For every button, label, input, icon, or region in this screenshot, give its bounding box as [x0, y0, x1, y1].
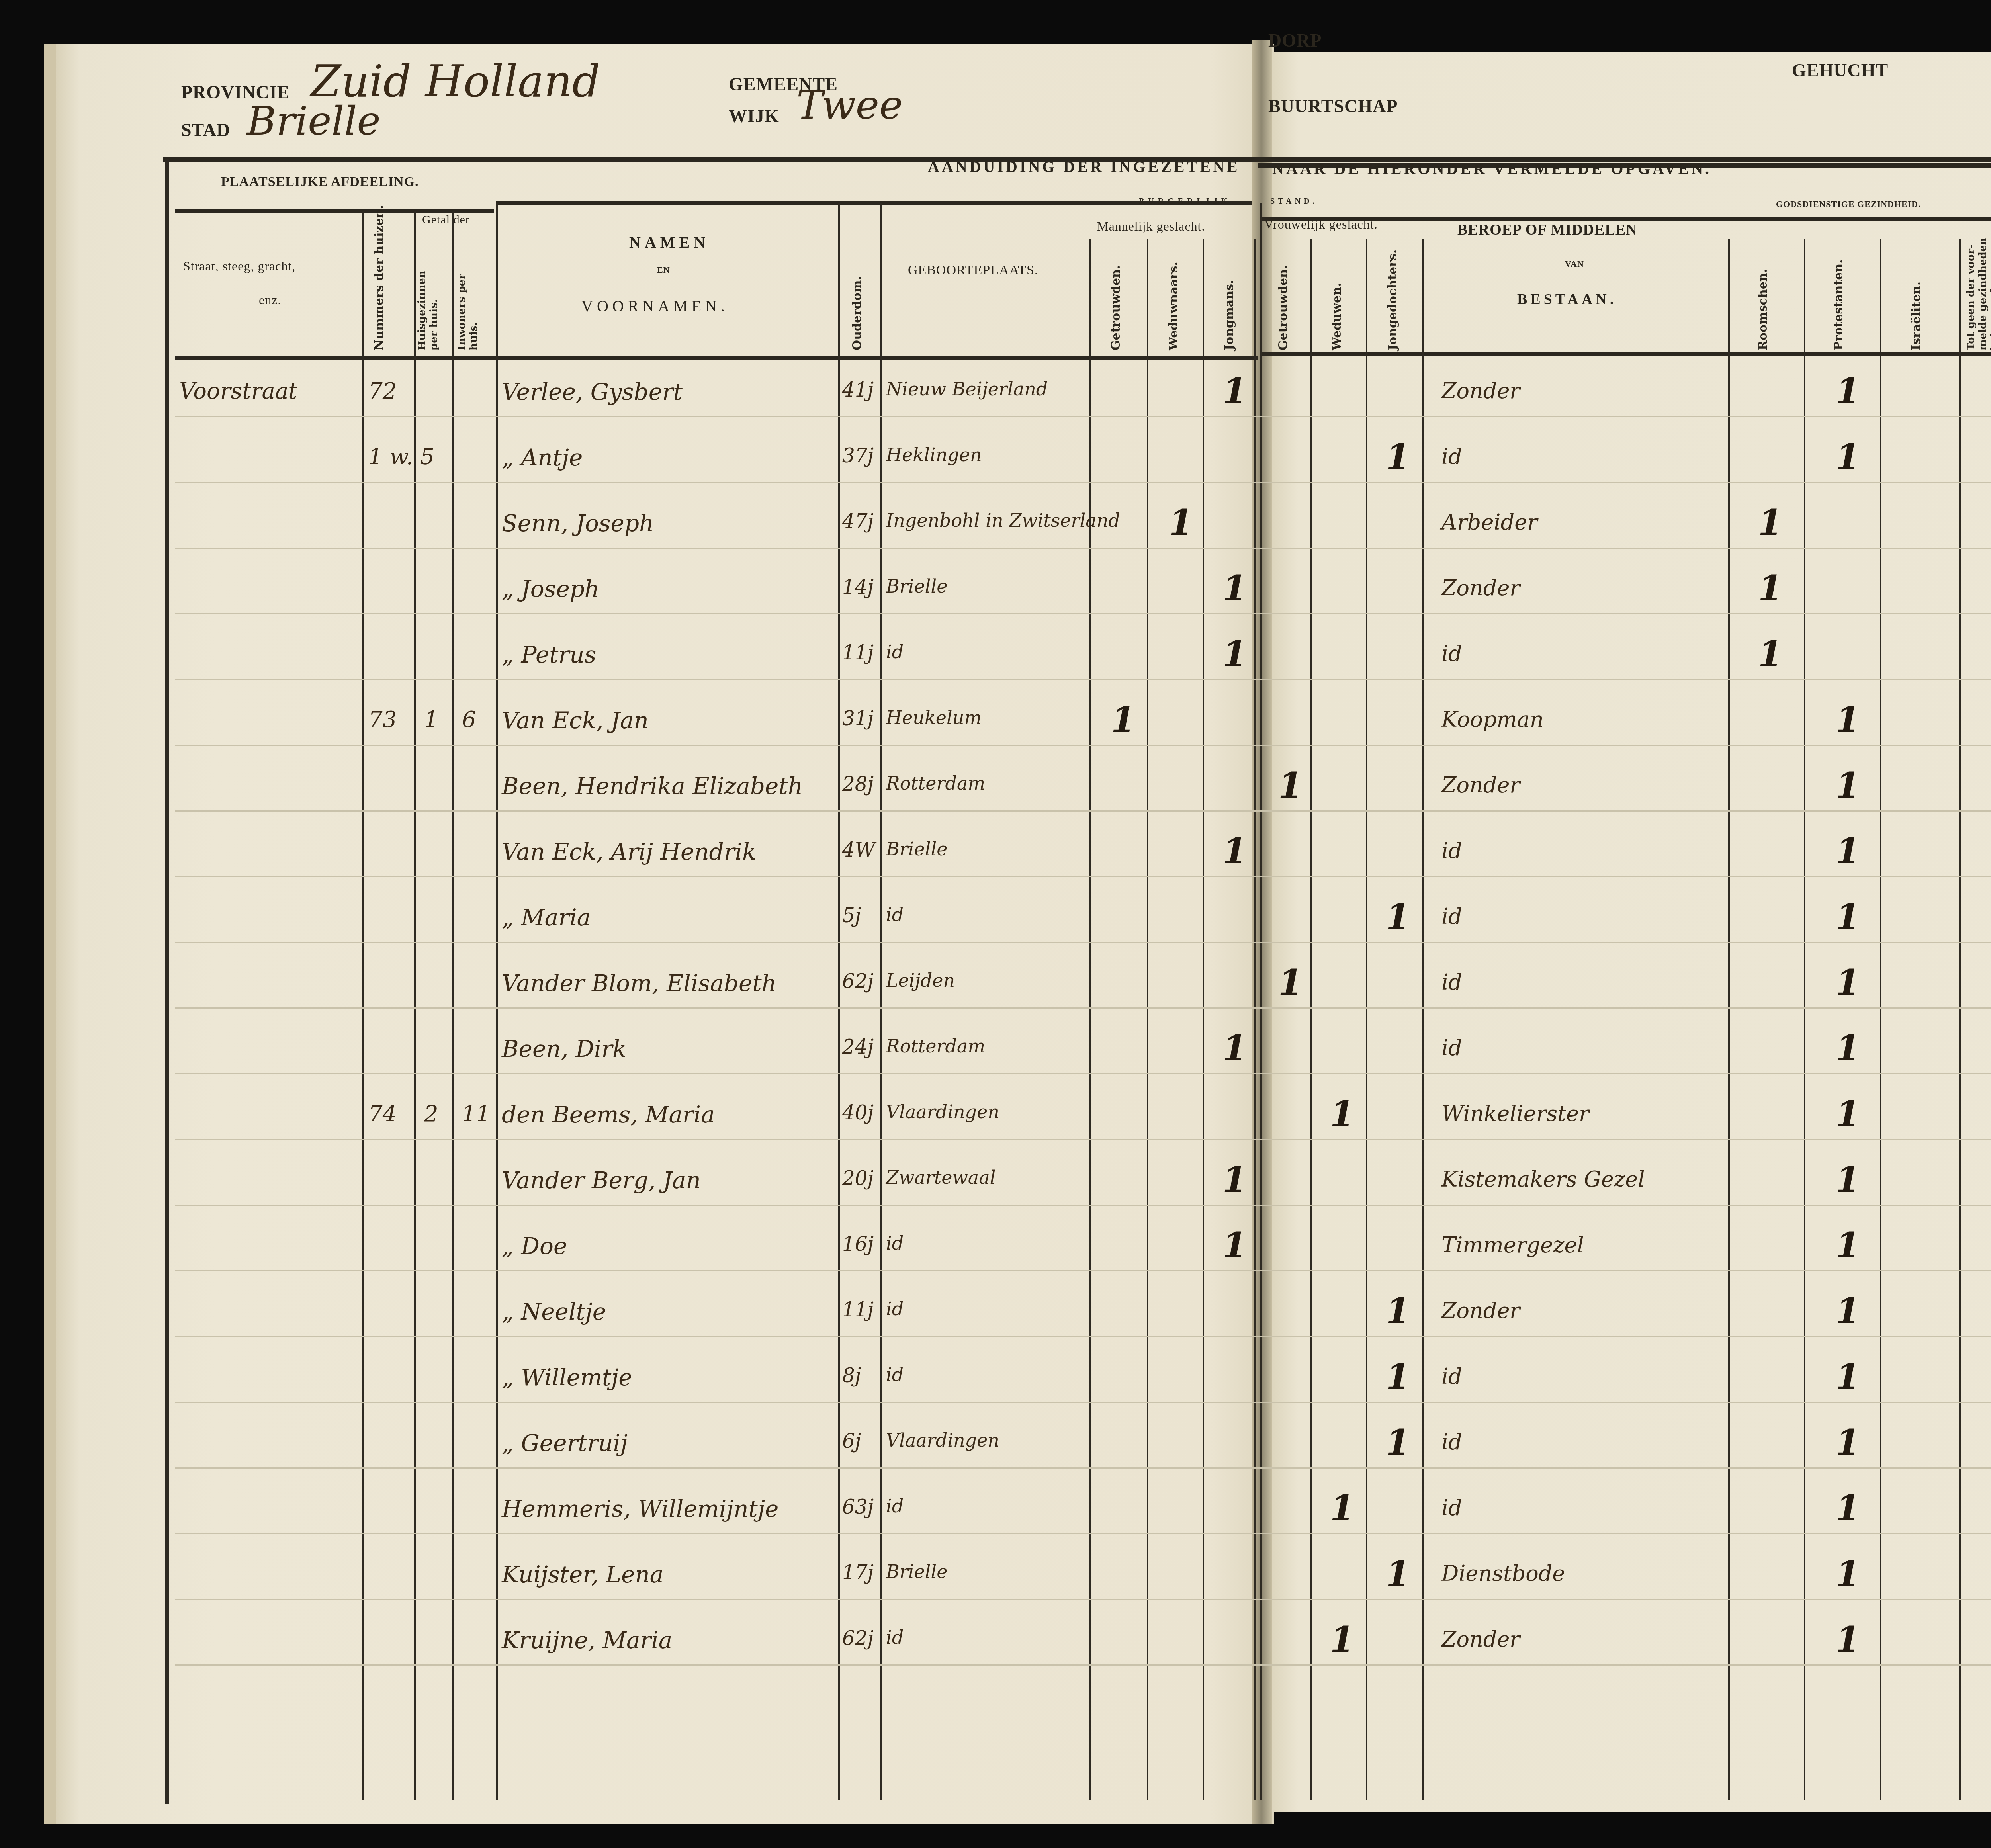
- header-bottom-rule: [175, 356, 1258, 360]
- buurtschap-label: BUURTSCHAP: [1268, 96, 1398, 117]
- row-rule: [175, 1467, 1991, 1469]
- header-straat-enz: enz.: [259, 293, 281, 307]
- occupation-cell: Arbeider: [1441, 510, 1537, 535]
- religion-tally: 1: [1836, 1290, 1860, 1332]
- religion-tally: 1: [1836, 896, 1860, 937]
- occupation-cell: Dienstbode: [1441, 1561, 1565, 1586]
- row-rule: [175, 745, 1991, 746]
- row-rule: [175, 613, 1991, 614]
- religion-tally: 1: [1758, 567, 1782, 609]
- civil-status-tally: 1: [1386, 1422, 1410, 1463]
- age-cell: 62j: [842, 970, 874, 993]
- civil-status-tally: 1: [1222, 370, 1247, 412]
- religion-tally: 1: [1836, 1356, 1860, 1397]
- name-cell: Hemmeris, Willemijntje: [502, 1495, 778, 1522]
- header-bottom-rule-right: [1260, 352, 1991, 356]
- occupation-cell: id: [1441, 1430, 1462, 1455]
- birthplace-cell: id: [886, 1364, 904, 1385]
- header-m-weduwnaars: Weduwnaars.: [1167, 247, 1181, 350]
- religion-tally: 1: [1836, 1224, 1860, 1266]
- header-sub-rule: [175, 209, 494, 213]
- house-number-cell: 73: [368, 707, 397, 733]
- age-cell: 47j: [842, 510, 874, 533]
- occupation-cell: id: [1441, 1035, 1462, 1060]
- header-namen: NAMEN: [629, 233, 709, 252]
- birthplace-cell: Vlaardingen: [886, 1430, 999, 1451]
- religion-tally: 1: [1836, 370, 1860, 412]
- header-aanduiding: AANDUIDING DER INGEZETENE: [928, 157, 1240, 176]
- name-cell: „ Petrus: [502, 641, 596, 668]
- column-divider: [1728, 239, 1730, 1800]
- header-vrouwelijk: Vrouwelijk geslacht.: [1264, 217, 1378, 232]
- header-huisgezinnen: Huisgezinnen per huis.: [416, 255, 444, 350]
- occupation-cell: id: [1441, 641, 1462, 666]
- religion-tally: 1: [1836, 1487, 1860, 1529]
- name-cell: „ Maria: [502, 904, 591, 931]
- occupation-cell: id: [1441, 970, 1462, 995]
- age-cell: 24j: [842, 1035, 874, 1058]
- civil-status-tally: 1: [1222, 1224, 1247, 1266]
- column-divider: [1880, 239, 1881, 1800]
- column-divider: [1310, 239, 1312, 1800]
- civil-status-tally: 1: [1111, 699, 1135, 740]
- row-rule: [175, 1270, 1991, 1271]
- name-cell: Van Eck, Jan: [502, 707, 649, 734]
- header-v-jongedochters: Jongedochters.: [1386, 235, 1400, 350]
- religion-tally: 1: [1836, 1553, 1860, 1594]
- row-rule: [175, 876, 1991, 877]
- header-plaatselijke: PLAATSELIJKE AFDEELING.: [221, 174, 419, 190]
- column-divider: [1804, 239, 1805, 1800]
- birthplace-cell: id: [886, 641, 904, 663]
- birthplace-cell: id: [886, 904, 904, 925]
- age-cell: 5j: [842, 904, 861, 927]
- name-cell: „ Joseph: [502, 575, 599, 602]
- age-cell: 20j: [842, 1167, 874, 1190]
- age-cell: 41j: [842, 378, 874, 401]
- religion-tally: 1: [1836, 830, 1860, 872]
- header-stand: STAND.: [1270, 197, 1318, 206]
- religion-tally: 1: [1836, 1422, 1860, 1463]
- civil-status-tally: 1: [1222, 1159, 1247, 1200]
- religion-tally: 1: [1836, 1027, 1860, 1069]
- house-number-cell: 72: [368, 378, 397, 404]
- civil-status-tally: 1: [1386, 1290, 1410, 1332]
- birthplace-cell: Rotterdam: [886, 772, 985, 794]
- column-divider: [1203, 239, 1204, 1800]
- header-roomschen: Roomschen.: [1756, 247, 1770, 350]
- header-totgeen: Tot geen der voor-: [1965, 223, 1977, 350]
- header-voornamen: VOORNAMEN.: [581, 297, 729, 315]
- name-cell: Been, Hendrika Elizabeth: [502, 772, 803, 800]
- column-divider: [452, 211, 454, 1800]
- birthplace-cell: id: [886, 1298, 904, 1320]
- age-cell: 37j: [842, 444, 874, 467]
- religion-tally: 1: [1836, 765, 1860, 806]
- header-beroep: BEROEP OF MIDDELEN: [1457, 221, 1637, 239]
- header-protestanten: Protestanten.: [1832, 235, 1846, 350]
- birthplace-cell: Brielle: [886, 838, 947, 860]
- column-divider: [880, 203, 882, 1800]
- birthplace-cell: id: [886, 1232, 904, 1254]
- column-divider: [1147, 239, 1148, 1800]
- birthplace-cell: Nieuw Beijerland: [886, 378, 1048, 400]
- civil-status-tally: 1: [1330, 1093, 1354, 1134]
- occupation-cell: Zonder: [1441, 772, 1520, 798]
- header-ouderdom: Ouderdom.: [850, 255, 864, 350]
- wijk-value: Twee: [796, 82, 903, 128]
- row-rule: [175, 1402, 1991, 1403]
- occupation-cell: Zonder: [1441, 575, 1520, 600]
- column-divider: [1254, 239, 1256, 1800]
- households-cell: 2: [424, 1101, 438, 1127]
- age-cell: 63j: [842, 1495, 874, 1518]
- gehucht-label: GEHUCHT: [1792, 60, 1888, 81]
- occupation-cell: id: [1441, 1364, 1462, 1389]
- birthplace-cell: Rotterdam: [886, 1035, 985, 1057]
- column-divider: [1422, 239, 1424, 1800]
- header-burgerlijke: BURGERLIJK: [1139, 197, 1231, 206]
- religion-tally: 1: [1836, 699, 1860, 740]
- header-van: VAN: [1565, 259, 1584, 269]
- name-cell: „ Doe: [502, 1232, 567, 1259]
- birthplace-cell: Brielle: [886, 1561, 947, 1582]
- name-cell: Verlee, Gysbert: [502, 378, 683, 405]
- birthplace-cell: Vlaardingen: [886, 1101, 999, 1122]
- birthplace-cell: id: [886, 1495, 904, 1517]
- house-number-cell: 74: [368, 1101, 397, 1127]
- occupation-cell: id: [1441, 838, 1462, 863]
- age-cell: 28j: [842, 772, 874, 796]
- right-page: [1262, 52, 1991, 1812]
- birthplace-cell: id: [886, 1627, 904, 1648]
- occupation-cell: id: [1441, 1495, 1462, 1520]
- birthplace-cell: Heklingen: [886, 444, 982, 465]
- stad-label: STAD: [181, 119, 230, 141]
- header-inwoners: Inwoners per huis.: [456, 251, 484, 350]
- row-rule: [175, 1073, 1991, 1074]
- religion-tally: 1: [1758, 502, 1782, 543]
- column-divider: [1260, 203, 1262, 1800]
- civil-status-tally: 1: [1386, 1553, 1410, 1594]
- header-totgeen-2: melde gezindheden: [1977, 223, 1989, 350]
- row-rule: [175, 1007, 1991, 1009]
- name-cell: den Beems, Maria: [502, 1101, 715, 1128]
- birthplace-cell: Leijden: [886, 970, 955, 991]
- birthplace-cell: Heukelum: [886, 707, 982, 728]
- row-rule: [175, 1599, 1991, 1600]
- religion-tally: 1: [1836, 436, 1860, 477]
- row-rule: [175, 1533, 1991, 1534]
- name-cell: Kuijster, Lena: [502, 1561, 663, 1588]
- header-israelieten: Israëliten.: [1909, 259, 1923, 350]
- header-geboorteplaats: GEBOORTEPLAATS.: [908, 263, 1038, 278]
- row-rule: [175, 1664, 1991, 1666]
- civil-status-tally: 1: [1169, 502, 1193, 543]
- occupation-cell: Kistemakers Gezel: [1441, 1167, 1645, 1192]
- header-m-getrouwden: Getrouwden.: [1109, 247, 1123, 350]
- row-rule: [175, 1139, 1991, 1140]
- age-cell: 40j: [842, 1101, 874, 1124]
- occupation-cell: Zonder: [1441, 1298, 1520, 1323]
- header-totgeen-3: behoorende.: [1989, 223, 1991, 350]
- column-divider: [362, 211, 364, 1800]
- civil-status-tally: 1: [1330, 1487, 1354, 1529]
- civil-status-tally: 1: [1386, 896, 1410, 937]
- header-bestaan: BESTAAN.: [1517, 291, 1617, 308]
- name-cell: Senn, Joseph: [502, 510, 654, 537]
- name-cell: Vander Blom, Elisabeth: [502, 970, 776, 997]
- birthplace-cell: Brielle: [886, 575, 947, 597]
- age-cell: 11j: [842, 1298, 874, 1321]
- header-v-weduwen: Weduwen.: [1330, 271, 1344, 350]
- column-divider: [496, 203, 498, 1800]
- birthplace-cell: Zwartewaal: [886, 1167, 995, 1188]
- civil-status-tally: 1: [1278, 765, 1303, 806]
- name-cell: Been, Dirk: [502, 1035, 626, 1062]
- row-rule: [175, 1205, 1991, 1206]
- religion-tally: 1: [1836, 962, 1860, 1003]
- name-cell: „ Antje: [502, 444, 583, 471]
- inhabitants-cell: 6: [462, 707, 476, 733]
- civil-status-tally: 1: [1386, 436, 1410, 477]
- households-cell: 1: [424, 707, 438, 733]
- occupation-cell: id: [1441, 444, 1462, 469]
- header-straat: Straat, steeg, gracht,: [183, 259, 295, 274]
- row-rule: [175, 548, 1991, 549]
- civil-status-tally: 1: [1278, 962, 1303, 1003]
- occupation-cell: Koopman: [1441, 707, 1544, 732]
- dorp-label: DORP: [1268, 30, 1322, 51]
- civil-status-tally: 1: [1330, 1619, 1354, 1660]
- name-cell: „ Neeltje: [502, 1298, 606, 1325]
- header-mannelijk: Mannelijk geslacht.: [1097, 219, 1205, 234]
- header-godsdienstige: GODSDIENSTIGE GEZINDHEID.: [1776, 199, 1921, 209]
- occupation-cell: Zonder: [1441, 1627, 1520, 1652]
- inhabitants-cell: 11: [462, 1101, 490, 1127]
- header-m-jongmans: Jongmans.: [1222, 271, 1236, 350]
- religion-tally: 1: [1836, 1619, 1860, 1660]
- row-rule: [175, 942, 1991, 943]
- name-cell: Van Eck, Arij Hendrik: [502, 838, 756, 865]
- civil-status-tally: 1: [1222, 830, 1247, 872]
- header-v-getrouwden: Getrouwden.: [1276, 247, 1290, 350]
- row-rule: [175, 810, 1991, 812]
- name-cell: „ Geertruij: [502, 1430, 628, 1457]
- occupation-cell: id: [1441, 904, 1462, 929]
- occupation-cell: Timmergezel: [1441, 1232, 1584, 1257]
- header-nummers: Nummers der huizen.: [372, 215, 386, 350]
- age-cell: 62j: [842, 1627, 874, 1650]
- civil-status-tally: 1: [1222, 633, 1247, 675]
- age-cell: 14j: [842, 575, 874, 598]
- age-cell: 11j: [842, 641, 874, 664]
- occupation-cell: Zonder: [1441, 378, 1520, 403]
- table-left-border: [165, 159, 169, 1804]
- name-cell: Vander Berg, Jan: [502, 1167, 701, 1194]
- header-aanduiding-cont: NAAR DE HIERONDER VERMELDE OPGAVEN.: [1272, 159, 1711, 178]
- house-number-cell: 1 w. 5: [368, 444, 434, 470]
- civil-status-tally: 1: [1222, 567, 1247, 609]
- header-getal-der: Getal der: [422, 213, 470, 227]
- street-cell: Voorstraat: [179, 378, 297, 404]
- age-cell: 8j: [842, 1364, 861, 1387]
- header-en: EN: [657, 265, 670, 275]
- wijk-label: WIJK: [729, 106, 779, 127]
- name-cell: Kruijne, Maria: [502, 1627, 672, 1654]
- religion-tally: 1: [1836, 1159, 1860, 1200]
- birthplace-cell: Ingenbohl in Zwitserland: [886, 510, 1120, 531]
- stad-value: Brielle: [247, 98, 381, 144]
- row-rule: [175, 679, 1991, 680]
- row-rule: [175, 1336, 1991, 1337]
- age-cell: 16j: [842, 1232, 874, 1255]
- age-cell: 17j: [842, 1561, 874, 1584]
- civil-status-tally: 1: [1222, 1027, 1247, 1069]
- religion-tally: 1: [1758, 633, 1782, 675]
- column-divider: [838, 203, 840, 1800]
- religion-tally: 1: [1836, 1093, 1860, 1134]
- column-divider: [1366, 239, 1367, 1800]
- name-cell: „ Willemtje: [502, 1364, 632, 1391]
- column-divider: [1959, 239, 1961, 1800]
- column-divider: [1089, 239, 1091, 1800]
- age-cell: 6j: [842, 1430, 861, 1453]
- row-rule: [175, 416, 1991, 417]
- age-cell: 4W: [842, 838, 875, 861]
- age-cell: 31j: [842, 707, 874, 730]
- civil-status-tally: 1: [1386, 1356, 1410, 1397]
- occupation-cell: Winkelierster: [1441, 1101, 1589, 1126]
- row-rule: [175, 482, 1991, 483]
